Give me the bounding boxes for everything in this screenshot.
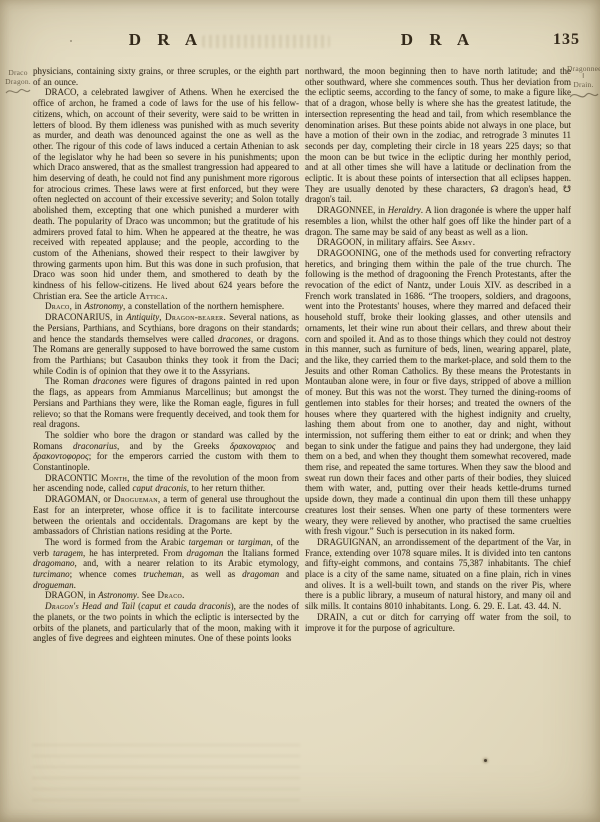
text-segment: caput draconis	[133, 483, 187, 493]
text-segment: Army	[451, 237, 472, 247]
text-segment: dragoman	[242, 569, 279, 579]
paragraph: Dragon's Head and Tail (caput et cauda d…	[33, 601, 299, 644]
text-segment: Draco	[157, 590, 182, 600]
text-segment: Draco	[45, 301, 70, 311]
paragraph: DRAGUIGNAN, an arrondissement of the dep…	[305, 537, 571, 612]
text-segment: or	[223, 537, 238, 547]
text-segment: , he has interpreted. From	[83, 548, 187, 558]
text-segment: DRAGONNEE, in	[317, 205, 388, 215]
text-segment: drogueman	[33, 580, 74, 590]
text-segment: Antiquity	[126, 312, 159, 322]
swash-flourish-icon	[5, 87, 31, 96]
text-segment: DRAGOMAN, or	[45, 494, 114, 504]
text-segment: trucheman	[143, 569, 182, 579]
text-segment: .	[182, 590, 184, 600]
text-segment: and	[279, 569, 299, 579]
paragraph: DRAGOON, in military affairs. See Army.	[305, 237, 571, 248]
text-segment: ; whence comes	[70, 569, 144, 579]
swash-flourish-icon	[569, 90, 599, 101]
text-segment: The Roman	[45, 376, 93, 386]
paragraph: DRAGONNEE, in Heraldry. A lion dragonée …	[305, 205, 571, 237]
text-segment: caput et cauda draconis	[141, 601, 230, 611]
paragraph: physicians, containing sixty grains, or …	[33, 66, 299, 87]
double-bar-separator: ‖	[567, 73, 600, 80]
paragraph: northward, the moon beginning then to ha…	[305, 66, 571, 205]
text-segment: DRAGUIGNAN, an arrondissement of the dep…	[305, 537, 571, 611]
text-segment: dragomano	[33, 558, 75, 568]
paragraph: DRAGOONING, one of the methods used for …	[305, 248, 571, 537]
page-number: 135	[553, 31, 580, 49]
paragraph: DRACONARIUS, in Antiquity, Dragon-bearer…	[33, 312, 299, 376]
text-segment: turcimano	[33, 569, 70, 579]
text-segment: δρακοντοφορος	[33, 451, 89, 461]
text-segment: Dragon-bearer	[165, 312, 223, 322]
text-segment: DRACONTIC	[45, 473, 101, 483]
paragraph: DRAIN, a cut or ditch for carrying off w…	[305, 612, 571, 633]
text-segment: DRACONARIUS, in	[45, 312, 126, 322]
paragraph: The Roman dracones were figures of drago…	[33, 376, 299, 430]
margin-note-right: Dragonnee ‖ Drain.	[567, 64, 600, 101]
text-segment: dragoman	[187, 548, 224, 558]
text-segment: , in	[70, 301, 85, 311]
text-segment: , as well as	[182, 569, 242, 579]
text-segment: Drogueman	[114, 494, 158, 504]
text-segment: .	[165, 291, 167, 301]
paragraph: The soldier who bore the dragon or stand…	[33, 430, 299, 473]
text-segment: physicians, containing sixty grains, or …	[33, 66, 299, 87]
text-segment: targiman	[238, 537, 271, 547]
paragraph: The word is formed from the Arabic targe…	[33, 537, 299, 591]
text-segment: The word is formed from the Arabic	[45, 537, 189, 547]
text-segment: dracones	[218, 334, 251, 344]
text-segment: Dragon's	[45, 601, 79, 611]
text-segment: dracones	[93, 376, 126, 386]
text-segment: DRACO, a celebrated lawgiver of Athens. …	[33, 87, 299, 300]
paper-speck	[70, 40, 72, 42]
text-segment: DRAIN, a cut or ditch for carrying off w…	[305, 612, 571, 633]
text-segment: and	[276, 441, 299, 451]
text-segment: Head and Tail	[79, 601, 135, 611]
text-segment: DRAGOON, in military affairs. See	[317, 237, 451, 247]
margin-note-line: Drain.	[567, 80, 600, 89]
text-segment: , and, with a nearer relation to its Ara…	[75, 558, 299, 568]
text-segment: DRAGOONING, one of the methods used for …	[305, 248, 571, 536]
paper-speck	[484, 759, 487, 762]
text-segment: Astronomy	[98, 590, 137, 600]
text-segment: Attica	[139, 291, 165, 301]
margin-note-left: Draco Dragon.	[2, 68, 34, 96]
text-segment: , and by the Greeks	[117, 441, 230, 451]
text-column-right: northward, the moon beginning then to ha…	[305, 66, 571, 633]
text-segment: .	[74, 580, 76, 590]
text-segment: Heraldry	[388, 205, 421, 215]
margin-note-line: Dragon.	[2, 77, 34, 86]
running-head-right: D R A	[305, 30, 571, 50]
paragraph: DRACONTIC Month, the time of the revolut…	[33, 473, 299, 494]
text-segment: DRAGON, in	[45, 590, 98, 600]
text-segment: , a constellation of the northern hemisp…	[123, 301, 284, 311]
text-segment: targeman	[189, 537, 223, 547]
paragraph: DRACO, a celebrated lawgiver of Athens. …	[33, 87, 299, 301]
paragraph: DRAGON, in Astronomy. See Draco.	[33, 590, 299, 601]
text-segment: δρακοναριος	[230, 441, 276, 451]
text-segment: , to her return thither.	[187, 483, 265, 493]
text-segment: the Italians formed	[224, 548, 299, 558]
scanned-book-page: D R A D R A 135 Draco Dragon. Dragonnee …	[0, 0, 600, 822]
text-column-left: physicians, containing sixty grains, or …	[33, 66, 299, 644]
ink-bleedthrough-smudge	[202, 35, 330, 48]
ink-bleedthrough-smudge	[32, 744, 300, 806]
margin-note-line: Draco	[2, 68, 34, 77]
paragraph: Draco, in Astronomy, a constellation of …	[33, 301, 299, 312]
text-segment: taragem	[53, 548, 83, 558]
text-segment: Month	[101, 473, 127, 483]
text-segment: .	[473, 237, 475, 247]
text-segment: Astronomy	[84, 301, 123, 311]
text-segment: . See	[137, 590, 158, 600]
text-segment: draconarius	[73, 441, 117, 451]
paragraph: DRAGOMAN, or Drogueman, a term of genera…	[33, 494, 299, 537]
text-segment: northward, the moon beginning then to ha…	[305, 66, 571, 204]
